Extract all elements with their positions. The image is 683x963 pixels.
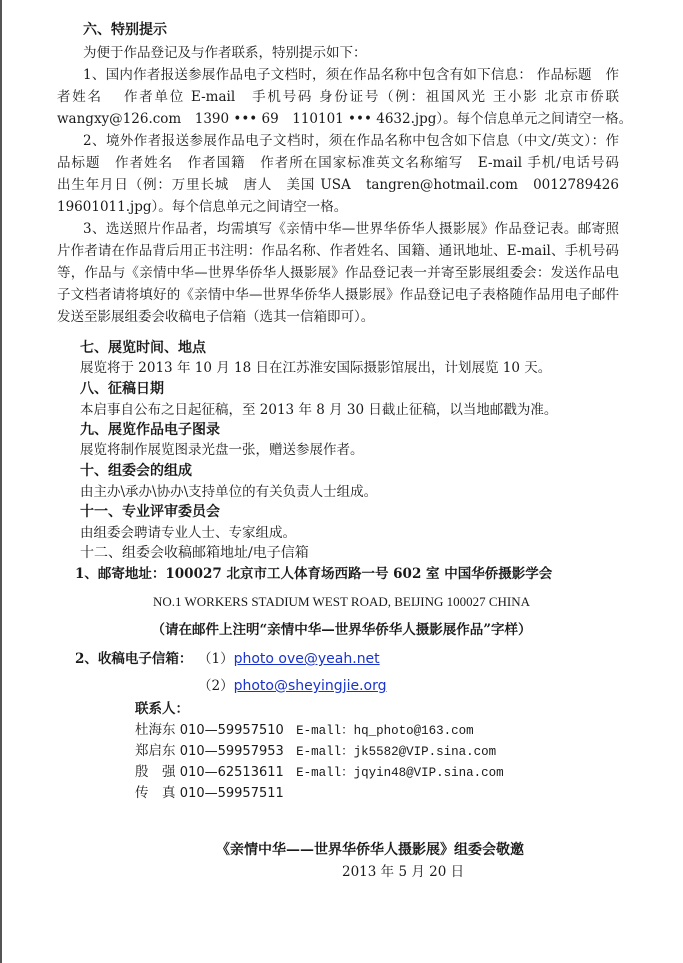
item3-line: 子文档者请将填好的《亲情中华—世界华侨华人摄影展》作品登记电子表格随作品用电子邮… [57, 285, 619, 305]
contact-name: 郑启东 [135, 743, 176, 759]
section6-intro: 为便于作品登记及与作者联系，特别提示如下： [83, 43, 367, 63]
email-link-1[interactable]: photo ove@yeah.net [234, 651, 380, 667]
section12-heading: 十二、组委会收稿邮箱地址/电子信箱 [80, 543, 309, 563]
item1-line: wangxy@126.com 1390 ••• 69 110101 ••• 46… [57, 109, 632, 129]
item1-line: 1、国内作者报送参展作品电子文档时，须在作品名称中包含有如下信息： 作品标题 作 [83, 65, 619, 85]
item2-line: 19601011.jpg）。每个信息单元之间请空一格。 [57, 197, 347, 217]
section11-body: 由组委会聘请专业人士、专家组成。 [80, 523, 296, 543]
contact-name: 殷 强 [135, 764, 176, 780]
contact-email-label: E-mall： [296, 724, 354, 738]
contact-email-label: E-mall： [296, 766, 354, 780]
email-link-2[interactable]: photo@sheyingjie.org [234, 678, 387, 694]
contact-email: hq_photo@163.com [354, 724, 474, 738]
signature-org: 《亲情中华——世界华侨华人摄影展》组委会敬邀 [216, 840, 524, 860]
postal-address-english: NO.1 WORKERS STADIUM WEST ROAD, BEIJING … [0, 592, 683, 612]
contact-row-fax: 传 真 010—59957511 [135, 783, 284, 804]
section7-body: 展览将于 2013 年 10 月 18 日在江苏淮安国际摄影馆展出，计划展览 1… [80, 358, 551, 378]
item3-line: 片作者请在作品背后用正书注明：作品名称、作者姓名、国籍、通讯地址、E-mail、… [57, 241, 619, 261]
section7-heading: 七、展览时间、地点 [80, 338, 206, 358]
contact-email: jk5582@VIP.sina.com [354, 745, 497, 759]
item3-line: 3、选送照片作品者，均需填写《亲情中华—世界华侨华人摄影展》作品登记表。邮寄照 [83, 219, 619, 239]
postal-address: 1、邮寄地址：100027 北京市工人体育场西路一号 602 室 中国华侨摄影学… [75, 564, 552, 584]
contact-phone: 010—59957511 [180, 786, 284, 801]
email-prefix: （2） [198, 678, 234, 694]
section9-body: 展览将制作展览图录光盘一张，赠送参展作者。 [80, 440, 364, 460]
page-left-border [0, 0, 2, 963]
contact-email-label: E-mall： [296, 745, 354, 759]
email-label: 2、收稿电子信箱： [75, 649, 192, 669]
contacts-label: 联系人： [135, 699, 189, 719]
item2-line: 品标题 作者姓名 作者国籍 作者所在国家标准英文名称缩写 E-mail 手机/电… [57, 153, 619, 173]
section9-heading: 九、展览作品电子图录 [80, 420, 220, 440]
contact-email: jqyin48@VIP.sina.com [354, 766, 504, 780]
postal-note: （请在邮件上注明“亲情中华—世界华侨华人摄影展作品”字样） [0, 620, 683, 640]
contact-name: 传 真 [135, 785, 176, 801]
item2-line: 2、境外作者报送参展作品电子文档时，须在作品名称中包含如下信息（中文/英文）：作 [83, 131, 619, 151]
contact-row: 杜海东 010—59957510 E-mall：hq_photo@163.com [135, 720, 474, 741]
email-item-2: （2）photo@sheyingjie.org [198, 676, 387, 696]
contact-phone: 010—62513611 [180, 765, 284, 780]
item3-line: 发送至影展组委会收稿电子信箱（选其一信箱即可）。 [57, 307, 374, 327]
section8-heading: 八、征稿日期 [80, 379, 164, 399]
section6-heading: 六、特别提示 [83, 20, 167, 40]
email-item-1: （1）photo ove@yeah.net [198, 649, 380, 669]
email-prefix: （1） [198, 651, 234, 667]
contact-phone: 010—59957953 [180, 744, 284, 759]
section10-heading: 十、组委会的组成 [80, 461, 192, 481]
contact-phone: 010—59957510 [180, 723, 284, 738]
section8-body: 本启事自公布之日起征稿，至 2013 年 8 月 30 日截止征稿，以当地邮戳为… [80, 400, 557, 420]
contact-row: 殷 强 010—62513611 E-mall：jqyin48@VIP.sina… [135, 762, 504, 783]
section10-body: 由主办\承办\协办\支持单位的有关负责人士组成。 [80, 482, 377, 502]
item2-line: 出生年月日（例：万里长城 唐人 美国 USA tangren@hotmail.c… [57, 175, 619, 195]
contact-row: 郑启东 010—59957953 E-mall：jk5582@VIP.sina.… [135, 741, 496, 762]
section11-heading: 十一、专业评审委员会 [80, 502, 220, 522]
item1-line: 者姓名 作者单位 E-mail 手机号码 身份证号（例：祖国风光 王小影 北京市… [57, 87, 619, 107]
signature-date: 2013 年 5 月 20 日 [342, 862, 464, 882]
contact-name: 杜海东 [135, 722, 176, 738]
item3-line: 等，作品与《亲情中华—世界华侨华人摄影展》作品登记表一并寄至影展组委会：发送作品… [57, 263, 619, 283]
